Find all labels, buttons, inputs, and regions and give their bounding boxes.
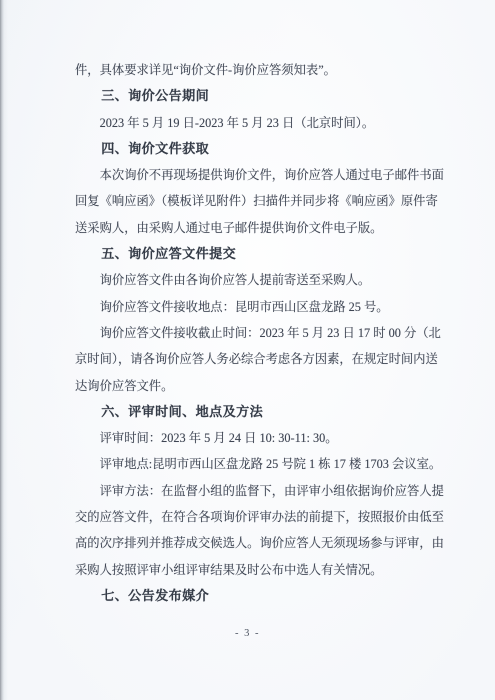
text-line: 送采购人，由采购人通过电子邮件提供询价文件电子版。 — [75, 215, 447, 241]
text-line: 2023 年 5 月 19 日-2023 年 5 月 23 日（北京时间）。 — [75, 110, 447, 136]
text-line: 询价应答文件由各询价应答人提前寄送至采购人。 — [75, 267, 447, 293]
text-line: 评审地点:昆明市西山区盘龙路 25 号院 1 栋 17 楼 1703 会议室。 — [75, 451, 447, 477]
section-heading: 六、评审时间、地点及方法 — [75, 399, 447, 425]
text-line: 高的次序排列并推荐成交候选人。询价应答人无须现场参与评审，由 — [75, 530, 447, 556]
document-body: 件，具体要求详见“询价文件-询价应答须知表”。三、询价公告期间2023 年 5 … — [75, 57, 447, 609]
text-line: 询价应答文件接收截止时间：2023 年 5 月 23 日 17 时 00 分（北 — [75, 320, 447, 346]
text-line: 交的应答文件，在符合各项询价评审办法的前提下，按照报价由低至 — [75, 504, 447, 530]
text-line: 评审时间：2023 年 5 月 24 日 10: 30-11: 30。 — [75, 425, 447, 451]
scanned-document-page: { "page": { "background_color": "#fafbfd… — [0, 0, 495, 700]
section-heading: 三、询价公告期间 — [75, 83, 447, 109]
scan-edge-shadow — [0, 0, 8, 700]
text-line: 京时间），请各询价应答人务必综合考虑各方因素，在规定时间内送 — [75, 346, 447, 372]
section-heading: 五、询价应答文件提交 — [75, 241, 447, 267]
text-line: 达询价应答文件。 — [75, 373, 447, 399]
text-line: 回复《响应函》（模板详见附件）扫描件并同步将《响应函》原件寄 — [75, 188, 447, 214]
text-line: 采购人按照评审小组评审结果及时公布中选人有关情况。 — [75, 557, 447, 583]
text-line: 评审方法：在监督小组的监督下，由评审小组依据询价应答人提 — [75, 478, 447, 504]
text-line: 询价应答文件接收地点：昆明市西山区盘龙路 25 号。 — [75, 294, 447, 320]
page-number: - 3 - — [0, 628, 495, 639]
text-line: 本次询价不再现场提供询价文件，询价应答人通过电子邮件书面 — [75, 162, 447, 188]
text-line: 件，具体要求详见“询价文件-询价应答须知表”。 — [75, 57, 447, 83]
section-heading: 七、公告发布媒介 — [75, 583, 447, 609]
section-heading: 四、询价文件获取 — [75, 136, 447, 162]
